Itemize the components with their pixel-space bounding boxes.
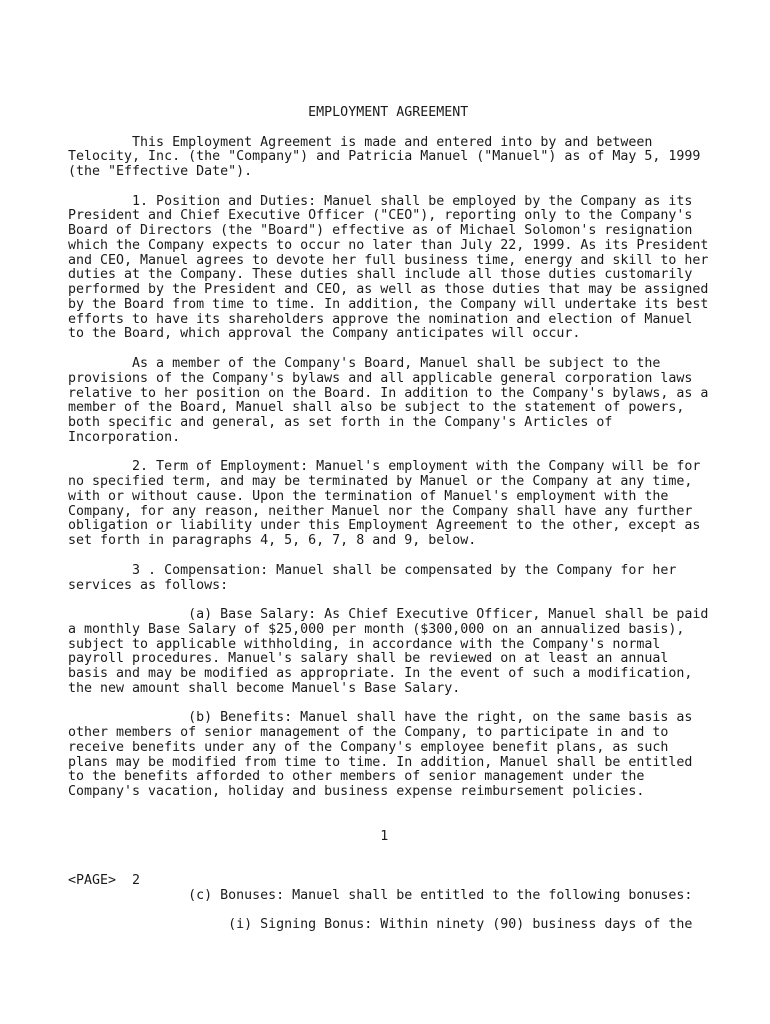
paragraph-c-bonuses: (c) Bonuses: Manuel shall be entitled to…	[68, 889, 770, 904]
paragraph-i-signing-bonus: (i) Signing Bonus: Within ninety (90) bu…	[68, 918, 770, 933]
paragraph-board-membership: As a member of the Company's Board, Manu…	[68, 357, 770, 446]
page-break-marker: <PAGE> 2	[68, 874, 770, 889]
paragraph-1-position-and-duties: 1. Position and Duties: Manuel shall be …	[68, 195, 770, 343]
paragraph-b-benefits: (b) Benefits: Manuel shall have the righ…	[68, 711, 770, 800]
page-number: 1	[68, 830, 770, 845]
paragraph-intro: This Employment Agreement is made and en…	[68, 136, 770, 180]
paragraph-3-compensation: 3 . Compensation: Manuel shall be compen…	[68, 564, 770, 594]
document-title: EMPLOYMENT AGREEMENT	[68, 106, 770, 121]
paragraph-2-term-of-employment: 2. Term of Employment: Manuel's employme…	[68, 460, 770, 549]
document-page: EMPLOYMENT AGREEMENT This Employment Agr…	[0, 0, 770, 1024]
paragraph-a-base-salary: (a) Base Salary: As Chief Executive Offi…	[68, 608, 770, 697]
